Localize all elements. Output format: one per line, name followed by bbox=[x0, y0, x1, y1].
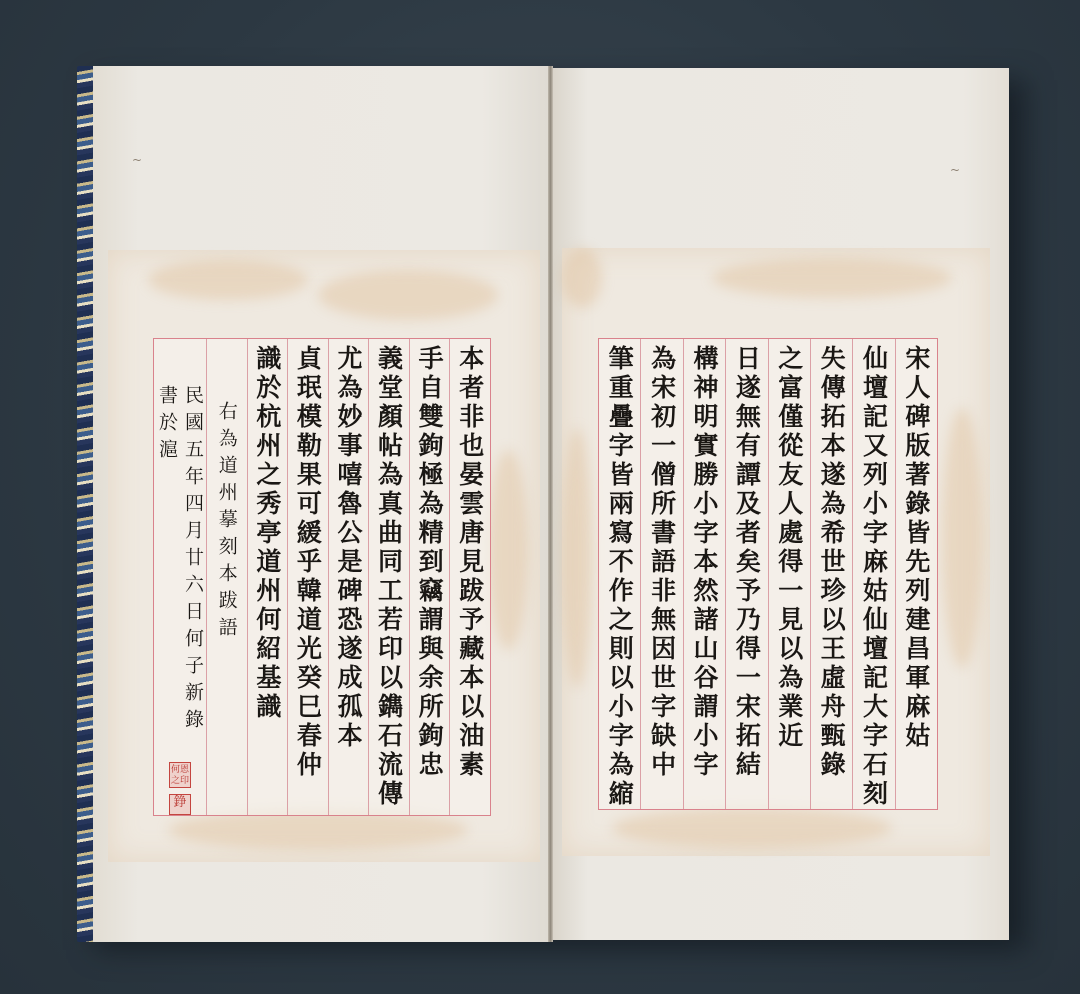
right-text-grid: 宋人碑版著錄皆先列建昌軍麻姑 仙壇記又列小字麻姑仙壇記大字石刻 失傳拓本遂為希世… bbox=[598, 338, 938, 810]
column-text: 筆重疊字皆兩寫不作之則以小字為縮 bbox=[604, 345, 635, 809]
seal-stamp-icon: 何恩之印 bbox=[169, 762, 191, 788]
column-text: 貞珉模勒果可緩乎韓道光癸巳春仲 bbox=[292, 345, 323, 780]
column-text: 本者非也晏雲唐見跋予藏本以油素 bbox=[455, 345, 486, 780]
column-text: 手自雙鉤極為精到竊謂與余所鉤忠 bbox=[414, 345, 445, 780]
text-column: 手自雙鉤極為精到竊謂與余所鉤忠 bbox=[409, 339, 450, 815]
column-text: 識於杭州之秀亭道州何紹基識 bbox=[252, 345, 283, 722]
text-column: 本者非也晏雲唐見跋予藏本以油素 bbox=[449, 339, 490, 815]
text-column: 構神明實勝小字本然諸山谷謂小字 bbox=[683, 339, 725, 809]
column-text: 構神明實勝小字本然諸山谷謂小字 bbox=[689, 345, 720, 780]
text-column: 日遂無有譚及者矣予乃得一宋拓結 bbox=[725, 339, 767, 809]
column-text: 之富僅從友人處得一見以為業近 bbox=[774, 345, 805, 751]
text-column: 識於杭州之秀亭道州何紹基識 bbox=[247, 339, 288, 815]
text-column: 為宋初一僧所書語非無因世字缺中 bbox=[640, 339, 682, 809]
text-column: 尤為妙事嘻魯公是碑恐遂成孤本 bbox=[328, 339, 369, 815]
colophon-column: 民國五年四月廿六日何子新錄書於滬 何恩之印 錚 bbox=[154, 339, 206, 815]
paper-speck: ~ bbox=[950, 163, 960, 177]
column-text: 仙壇記又列小字麻姑仙壇記大字石刻 bbox=[858, 345, 889, 809]
text-column: 宋人碑版著錄皆先列建昌軍麻姑 bbox=[895, 339, 937, 809]
text-column: 筆重疊字皆兩寫不作之則以小字為縮 bbox=[599, 339, 640, 809]
text-column: 貞珉模勒果可緩乎韓道光癸巳春仲 bbox=[287, 339, 328, 815]
colophon-text: 民國五年四月廿六日何子新錄書於滬 bbox=[154, 385, 206, 756]
column-text: 尤為妙事嘻魯公是碑恐遂成孤本 bbox=[333, 345, 364, 751]
text-column: 失傳拓本遂為希世珍以王虛舟甄錄 bbox=[810, 339, 852, 809]
text-column: 義堂顏帖為真曲同工若印以鐫石流傳 bbox=[368, 339, 409, 815]
left-text-grid: 本者非也晏雲唐見跋予藏本以油素 手自雙鉤極為精到竊謂與余所鉤忠 義堂顏帖為真曲同… bbox=[153, 338, 491, 816]
column-text: 日遂無有譚及者矣予乃得一宋拓結 bbox=[731, 345, 762, 780]
paper-speck: ~ bbox=[132, 153, 142, 167]
column-text: 失傳拓本遂為希世珍以王虛舟甄錄 bbox=[816, 345, 847, 780]
text-column: 仙壇記又列小字麻姑仙壇記大字石刻 bbox=[852, 339, 894, 809]
column-text: 為宋初一僧所書語非無因世字缺中 bbox=[647, 345, 678, 780]
note-column: 右為道州摹刻本跋語 bbox=[206, 339, 247, 815]
text-column: 之富僅從友人處得一見以為業近 bbox=[768, 339, 810, 809]
book-gutter bbox=[548, 66, 553, 942]
column-text: 宋人碑版著錄皆先列建昌軍麻姑 bbox=[901, 345, 932, 751]
seal-stamp-icon: 錚 bbox=[169, 794, 191, 815]
note-text: 右為道州摹刻本跋語 bbox=[214, 401, 240, 644]
column-text: 義堂顏帖為真曲同工若印以鐫石流傳 bbox=[374, 345, 405, 809]
